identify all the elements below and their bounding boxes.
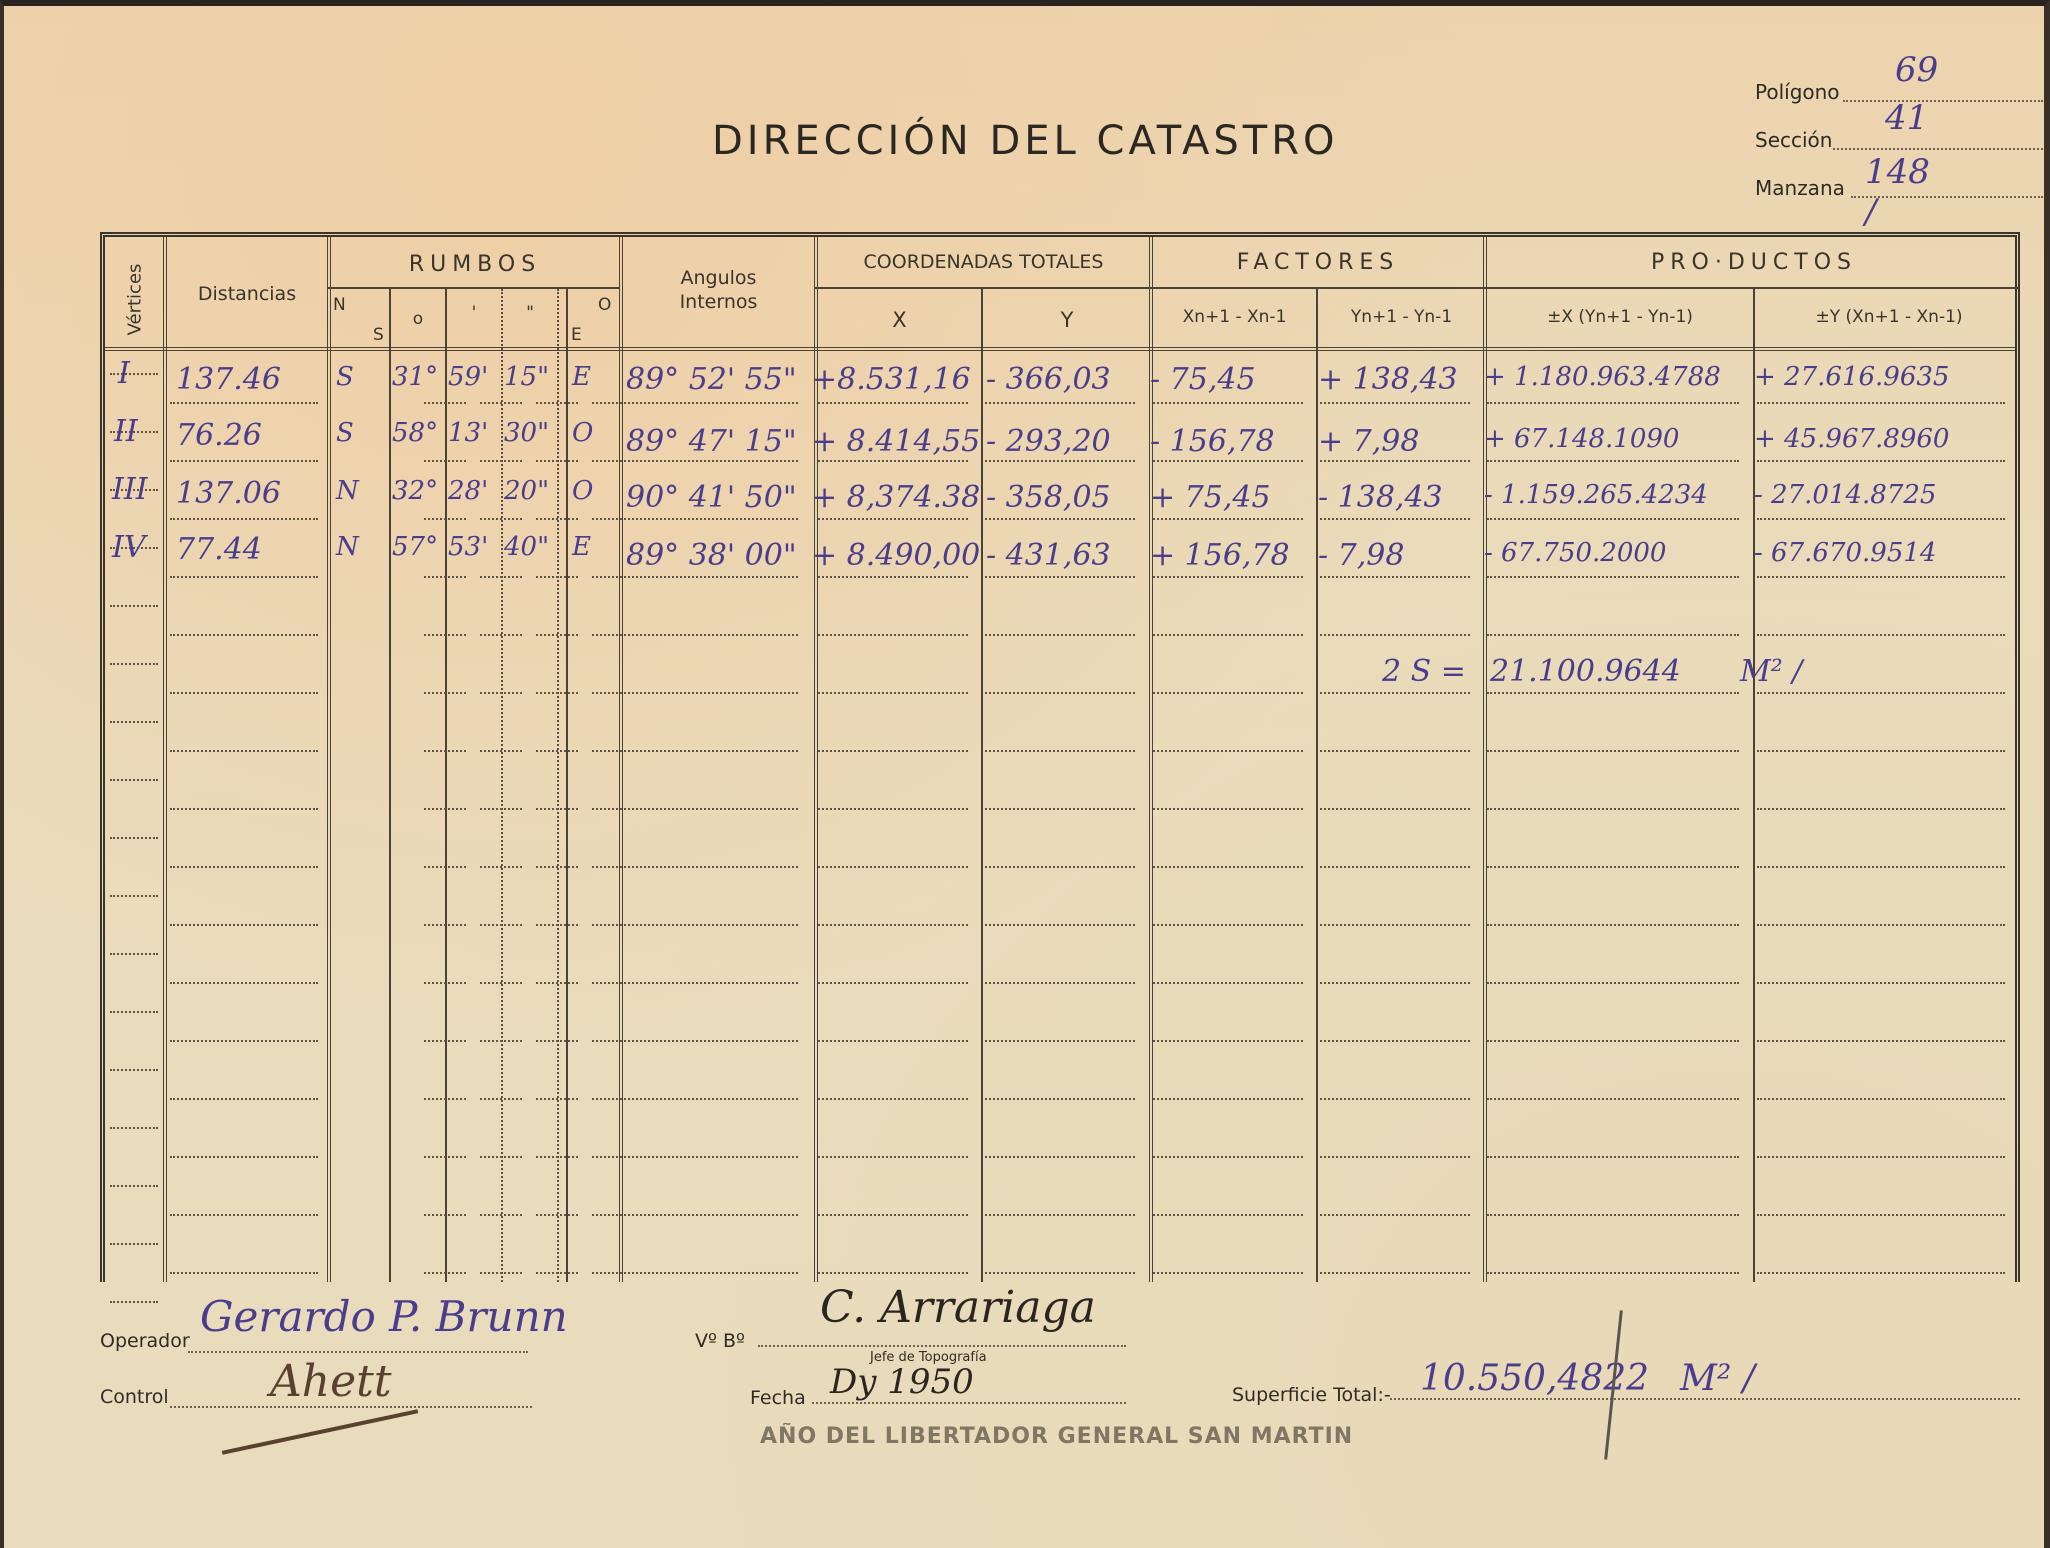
fecha-value: Dy 1950 <box>830 1362 974 1402</box>
row-line <box>818 924 968 926</box>
row-line <box>536 460 578 462</box>
superficie-label: Superficie Total:- <box>1232 1384 1391 1406</box>
factor-y-cell: - 138,43 <box>1318 480 1443 515</box>
operador-label: Operador <box>100 1330 190 1352</box>
row-line <box>1320 1272 1470 1274</box>
poligono-field: Polígono 69 <box>1755 80 1840 104</box>
row-line <box>818 1040 968 1042</box>
row-line <box>1757 634 2005 636</box>
row-line <box>170 1156 318 1158</box>
degrees-cell: 58° <box>392 418 438 448</box>
header-vertices: Vértices <box>110 252 160 347</box>
row-line <box>1153 866 1303 868</box>
row-line <box>170 808 318 810</box>
producto-x-cell: - 1.159.265.4234 <box>1484 480 1708 510</box>
row-line <box>985 924 1135 926</box>
row-line <box>818 576 968 578</box>
operador-signature: Gerardo P. Brunn <box>200 1292 568 1341</box>
row-line <box>624 460 798 462</box>
row-line <box>985 750 1135 752</box>
row-line <box>818 460 968 462</box>
col-divider <box>163 237 167 1282</box>
header-factor-x: Xn+1 - Xn-1 <box>1153 307 1316 328</box>
row-line <box>170 1214 318 1216</box>
row-line <box>1320 402 1470 404</box>
minutes-cell: 13' <box>448 418 488 448</box>
row-line <box>985 808 1135 810</box>
row-line <box>1320 866 1470 868</box>
row-line <box>818 982 968 984</box>
row-line <box>985 402 1135 404</box>
row-line <box>1757 1040 2005 1042</box>
row-line <box>1487 576 1739 578</box>
row-line <box>1153 1040 1303 1042</box>
row-line <box>424 460 466 462</box>
row-line <box>424 1098 466 1100</box>
manzana-value: 148 / <box>1865 152 1930 232</box>
row-line <box>1153 1214 1303 1216</box>
factor-x-cell: - 75,45 <box>1150 362 1256 397</box>
producto-x-cell: - 67.750.2000 <box>1484 538 1666 568</box>
row-line <box>480 576 522 578</box>
stamp: AÑO DEL LIBERTADOR GENERAL SAN MARTIN <box>760 1424 1353 1449</box>
row-line <box>818 634 968 636</box>
row-line <box>170 982 318 984</box>
row-line <box>985 634 1135 636</box>
row-line <box>1487 460 1739 462</box>
vobo-signature: C. Arrariaga <box>820 1282 1096 1333</box>
row-line <box>1153 924 1303 926</box>
header-bottom-line <box>105 347 2015 351</box>
row-line <box>818 1156 968 1158</box>
producto-y-cell: - 27.014.8725 <box>1754 480 1936 510</box>
angulo-cell: 89° 52' 55" <box>626 362 797 397</box>
header-coordenadas: COORDENADAS TOTALES <box>818 251 1149 275</box>
producto-y-cell: + 27.616.9635 <box>1754 362 1949 392</box>
row-line <box>424 808 466 810</box>
row-line <box>1757 924 2005 926</box>
row-line <box>424 576 466 578</box>
row-line <box>1487 1040 1739 1042</box>
manzana-label: Manzana <box>1755 176 1845 200</box>
vobo-label: Vº Bº <box>695 1330 745 1352</box>
col-divider <box>619 237 623 1282</box>
row-line <box>1153 808 1303 810</box>
row-line <box>1153 982 1303 984</box>
row-line <box>536 808 578 810</box>
row-line <box>1487 1272 1739 1274</box>
degrees-cell: 31° <box>392 362 438 392</box>
row-line <box>170 518 318 520</box>
row-line <box>1320 1156 1470 1158</box>
control-signature: Ahett <box>270 1356 392 1407</box>
row-line <box>624 576 798 578</box>
coord-y-cell: - 366,03 <box>986 362 1111 397</box>
factor-x-cell: - 156,78 <box>1150 424 1275 459</box>
row-line <box>985 1098 1135 1100</box>
vertex-label: IV <box>112 530 146 565</box>
minutes-cell: 59' <box>448 362 488 392</box>
row-line <box>985 982 1135 984</box>
ns-cell: S <box>336 362 354 392</box>
row-line <box>424 634 466 636</box>
row-line <box>985 1156 1135 1158</box>
row-line <box>818 750 968 752</box>
row-line <box>536 634 578 636</box>
row-line <box>480 692 522 694</box>
row-line <box>985 1040 1135 1042</box>
manzana-field: Manzana 148 / <box>1755 176 1845 200</box>
row-line <box>424 866 466 868</box>
row-line <box>480 750 522 752</box>
seconds-cell: 40" <box>504 532 549 562</box>
row-line <box>1153 634 1303 636</box>
eo-cell: O <box>572 476 593 506</box>
vertex-line <box>110 779 158 781</box>
row-line <box>624 750 798 752</box>
col-divider <box>981 289 983 1282</box>
row-line <box>985 460 1135 462</box>
row-line <box>1487 692 1739 694</box>
row-line <box>1320 518 1470 520</box>
row-line <box>480 924 522 926</box>
row-line <box>1757 1214 2005 1216</box>
row-line <box>1757 576 2005 578</box>
row-line <box>170 1098 318 1100</box>
poligono-value: 69 <box>1895 50 1938 90</box>
row-line <box>480 402 522 404</box>
distancia-cell: 137.06 <box>176 476 281 511</box>
col-divider <box>557 289 559 1282</box>
row-line <box>536 750 578 752</box>
row-line <box>1320 808 1470 810</box>
row-line <box>170 402 318 404</box>
row-line <box>1487 1156 1739 1158</box>
seccion-field: Sección 41 <box>1755 128 1832 152</box>
row-line <box>536 1040 578 1042</box>
factor-x-cell: + 75,45 <box>1150 480 1271 515</box>
row-line <box>624 1214 798 1216</box>
vertex-label: III <box>112 472 148 507</box>
angulo-cell: 90° 41' 50" <box>626 480 797 515</box>
vertex-line <box>110 837 158 839</box>
page-title: DIRECCIÓN DEL CATASTRO <box>712 118 1339 164</box>
vertex-line <box>110 895 158 897</box>
minutes-cell: 53' <box>448 532 488 562</box>
header-producto-y: ±Y (Xn+1 - Xn-1) <box>1757 307 2021 328</box>
row-line <box>1153 518 1303 520</box>
row-line <box>536 982 578 984</box>
col-divider <box>389 289 391 1282</box>
row-line <box>536 866 578 868</box>
header-rumbos-o: O <box>598 295 611 316</box>
row-line <box>624 1098 798 1100</box>
row-line <box>1153 576 1303 578</box>
row-line <box>424 402 466 404</box>
minutes-cell: 28' <box>448 476 488 506</box>
coord-x-cell: + 8.414,55 <box>812 424 980 459</box>
row-line <box>1757 808 2005 810</box>
row-line <box>170 1040 318 1042</box>
vertex-line <box>110 1011 158 1013</box>
header-rumbos-n: N <box>333 295 346 316</box>
header-factores: FACTORES <box>1153 249 1483 277</box>
row-line <box>818 808 968 810</box>
row-line <box>480 1214 522 1216</box>
row-line <box>170 634 318 636</box>
row-line <box>480 1040 522 1042</box>
header-coord-y: Y <box>985 307 1149 333</box>
row-line <box>1320 982 1470 984</box>
coord-y-cell: - 358,05 <box>986 480 1111 515</box>
header-rumbos-min: ' <box>447 303 501 324</box>
row-line <box>1153 1272 1303 1274</box>
producto-x-cell: + 1.180.963.4788 <box>1484 362 1721 392</box>
coord-x-cell: +8.531,16 <box>812 362 971 397</box>
header-rumbos-deg: o <box>391 309 445 330</box>
seccion-label: Sección <box>1755 128 1832 152</box>
distancia-cell: 77.44 <box>176 532 262 567</box>
vertex-label: I <box>118 356 130 391</box>
row-line <box>818 692 968 694</box>
row-line <box>1320 692 1470 694</box>
seconds-cell: 20" <box>504 476 549 506</box>
row-line <box>985 1272 1135 1274</box>
row-line <box>480 634 522 636</box>
angulo-cell: 89° 38' 00" <box>626 538 797 573</box>
row-line <box>170 1272 318 1274</box>
seconds-cell: 15" <box>504 362 549 392</box>
row-line <box>1320 924 1470 926</box>
row-line <box>624 1156 798 1158</box>
producto-y-cell: + 45.967.8960 <box>1754 424 1949 454</box>
eo-cell: E <box>572 532 591 562</box>
vertex-line <box>110 1069 158 1071</box>
row-line <box>1487 866 1739 868</box>
row-line <box>1153 460 1303 462</box>
vertex-line <box>110 605 158 607</box>
factor-y-cell: - 7,98 <box>1318 538 1404 573</box>
factor-x-cell: + 156,78 <box>1150 538 1290 573</box>
row-line <box>170 866 318 868</box>
header-factor-y: Yn+1 - Yn-1 <box>1320 307 1483 328</box>
row-line <box>536 1098 578 1100</box>
row-line <box>818 402 968 404</box>
producto-y-cell: - 67.670.9514 <box>1754 538 1936 568</box>
row-line <box>480 982 522 984</box>
row-line <box>624 634 798 636</box>
header-rumbos-sec: " <box>503 303 557 324</box>
coord-x-cell: + 8.490,00 <box>812 538 980 573</box>
row-line <box>424 1156 466 1158</box>
col-divider <box>327 237 331 1282</box>
row-line <box>818 1272 968 1274</box>
degrees-cell: 32° <box>392 476 438 506</box>
row-line <box>624 982 798 984</box>
row-line <box>624 692 798 694</box>
angulo-cell: 89° 47' 15" <box>626 424 797 459</box>
coord-y-cell: - 293,20 <box>986 424 1111 459</box>
row-line <box>536 576 578 578</box>
col-divider <box>445 289 447 1282</box>
row-line <box>1320 460 1470 462</box>
producto-x-cell: + 67.148.1090 <box>1484 424 1679 454</box>
row-line <box>624 808 798 810</box>
col-divider <box>501 289 503 1282</box>
ns-cell: N <box>336 532 359 562</box>
header-distancias: Distancias <box>167 283 327 307</box>
row-line <box>480 1272 522 1274</box>
row-line <box>1487 1098 1739 1100</box>
row-line <box>624 924 798 926</box>
row-line <box>1757 750 2005 752</box>
row-line <box>985 692 1135 694</box>
vertex-line <box>110 953 158 955</box>
vertex-line <box>110 1243 158 1245</box>
control-label: Control <box>100 1386 169 1408</box>
row-line <box>170 750 318 752</box>
row-line <box>818 866 968 868</box>
row-line <box>424 518 466 520</box>
row-line <box>480 460 522 462</box>
header-angulos: Angulos Internos <box>623 267 814 315</box>
row-line <box>1487 1214 1739 1216</box>
row-line <box>480 866 522 868</box>
distancia-cell: 76.26 <box>176 418 262 453</box>
row-line <box>536 402 578 404</box>
row-line <box>985 576 1135 578</box>
row-line <box>480 1098 522 1100</box>
vertex-line <box>110 1185 158 1187</box>
header-producto-x: ±X (Yn+1 - Yn-1) <box>1487 307 1753 328</box>
row-line <box>1320 1214 1470 1216</box>
sum-value: 21.100.9644 <box>1490 654 1681 689</box>
row-line <box>985 518 1135 520</box>
superficie-unit: M² / <box>1680 1358 1755 1399</box>
row-line <box>424 750 466 752</box>
coord-y-cell: - 431,63 <box>986 538 1111 573</box>
col-divider <box>1483 237 1487 1282</box>
row-line <box>624 402 798 404</box>
sum-label: 2 S = <box>1382 654 1466 689</box>
row-line <box>1153 692 1303 694</box>
row-line <box>985 1214 1135 1216</box>
row-line <box>1757 1156 2005 1158</box>
row-line <box>818 1098 968 1100</box>
eo-cell: O <box>572 418 593 448</box>
row-line <box>424 692 466 694</box>
row-line <box>1487 634 1739 636</box>
row-line <box>1757 402 2005 404</box>
row-line <box>424 1040 466 1042</box>
row-line <box>1487 808 1739 810</box>
row-line <box>624 1272 798 1274</box>
row-line <box>1487 402 1739 404</box>
row-line <box>624 518 798 520</box>
row-line <box>424 982 466 984</box>
vertex-line <box>110 663 158 665</box>
row-line <box>1487 924 1739 926</box>
row-line <box>536 1214 578 1216</box>
row-line <box>1320 576 1470 578</box>
row-line <box>1320 634 1470 636</box>
header-rumbos-e: E <box>571 325 582 346</box>
row-line <box>1757 866 2005 868</box>
row-line <box>818 518 968 520</box>
row-line <box>170 924 318 926</box>
row-line <box>170 460 318 462</box>
row-line <box>985 866 1135 868</box>
row-line <box>1757 1098 2005 1100</box>
degrees-cell: 57° <box>392 532 438 562</box>
poligono-label: Polígono <box>1755 80 1840 104</box>
row-line <box>536 518 578 520</box>
row-line <box>1757 460 2005 462</box>
vertex-line <box>110 721 158 723</box>
row-line <box>536 1156 578 1158</box>
factor-y-cell: + 7,98 <box>1318 424 1419 459</box>
row-line <box>818 1214 968 1216</box>
row-line <box>1153 1156 1303 1158</box>
row-line <box>1153 750 1303 752</box>
distancia-cell: 137.46 <box>176 362 281 397</box>
header-rumbos-s: S <box>373 325 384 346</box>
ns-cell: N <box>336 476 359 506</box>
row-line <box>170 576 318 578</box>
row-line <box>536 692 578 694</box>
header-coord-x: X <box>818 307 981 333</box>
row-line <box>1757 518 2005 520</box>
row-line <box>624 1040 798 1042</box>
row-line <box>624 866 798 868</box>
row-line <box>480 808 522 810</box>
row-line <box>1757 1272 2005 1274</box>
vertex-line <box>110 1127 158 1129</box>
row-line <box>1320 1040 1470 1042</box>
row-line <box>480 1156 522 1158</box>
row-line <box>424 924 466 926</box>
ns-cell: S <box>336 418 354 448</box>
row-line <box>1153 1098 1303 1100</box>
fecha-label: Fecha <box>750 1387 806 1409</box>
row-line <box>424 1272 466 1274</box>
row-line <box>170 692 318 694</box>
row-line <box>424 1214 466 1216</box>
vertex-label: II <box>114 414 138 449</box>
header-rumbos: RUMBOS <box>331 251 619 279</box>
row-line <box>1757 692 2005 694</box>
header-productos: PRO·DUCTOS <box>1487 249 2021 277</box>
row-line <box>1153 402 1303 404</box>
row-line <box>480 518 522 520</box>
row-line <box>1487 750 1739 752</box>
row-line <box>1757 982 2005 984</box>
coord-x-cell: + 8,374.38 <box>812 480 980 515</box>
row-line <box>1487 982 1739 984</box>
row-line <box>536 924 578 926</box>
vertex-line <box>110 1301 158 1303</box>
sum-unit: M² / <box>1740 654 1802 689</box>
col-divider <box>566 289 568 1282</box>
row-line <box>536 1272 578 1274</box>
row-line <box>1320 750 1470 752</box>
factor-y-cell: + 138,43 <box>1318 362 1458 397</box>
seconds-cell: 30" <box>504 418 549 448</box>
eo-cell: E <box>572 362 591 392</box>
seccion-value: 41 <box>1885 98 1928 138</box>
row-line <box>1320 1098 1470 1100</box>
row-line <box>1487 518 1739 520</box>
